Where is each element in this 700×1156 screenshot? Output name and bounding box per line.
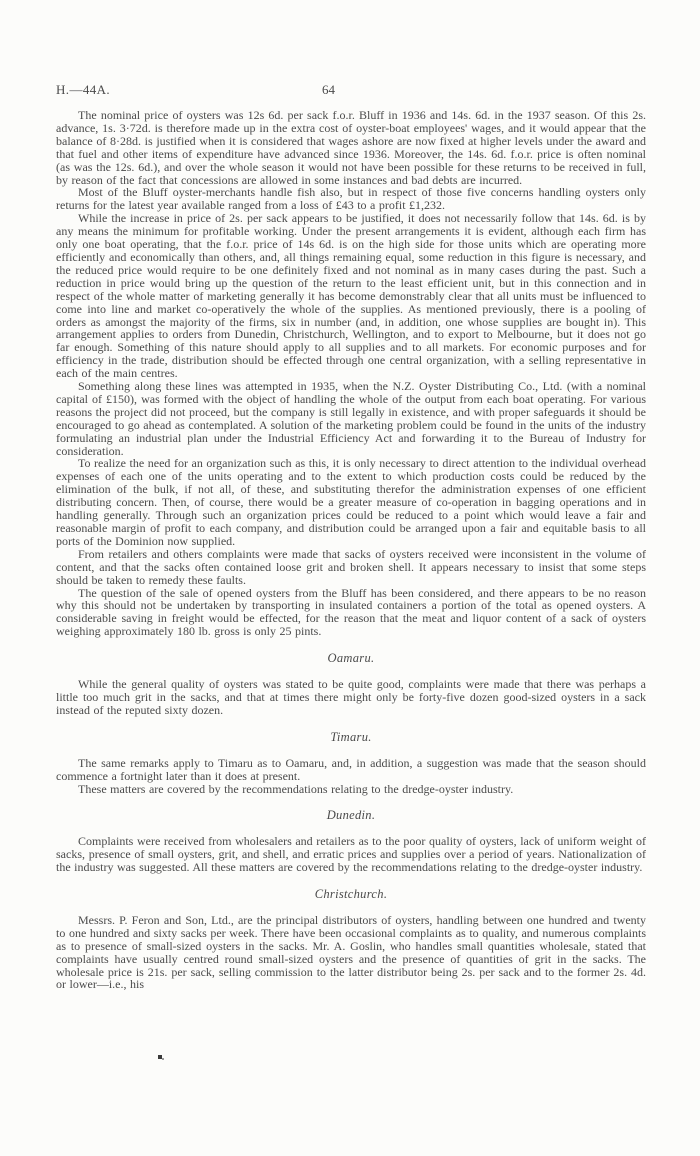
document-body: The nominal price of oysters was 12s 6d.… (56, 109, 646, 991)
body-paragraph: To realize the need for an organization … (56, 457, 646, 547)
section-heading-dunedin: Dunedin. (56, 809, 646, 822)
body-paragraph: The nominal price of oysters was 12s 6d.… (56, 109, 646, 186)
section-heading-christchurch: Christchurch. (56, 888, 646, 901)
body-paragraph: From retailers and others complaints wer… (56, 548, 646, 587)
body-paragraph: While the general quality of oysters was… (56, 678, 646, 717)
body-paragraph: While the increase in price of 2s. per s… (56, 212, 646, 380)
body-paragraph: Something along these lines was attempte… (56, 380, 646, 457)
scanned-page: H.—44A. 64 The nominal price of oysters … (56, 82, 646, 991)
page-number: 64 (322, 82, 335, 98)
page-header: H.—44A. 64 (56, 82, 646, 109)
body-paragraph: The question of the sale of opened oyste… (56, 587, 646, 639)
section-heading-timaru: Timaru. (56, 731, 646, 744)
section-heading-oamaru: Oamaru. (56, 652, 646, 665)
body-paragraph: Messrs. P. Feron and Son, Ltd., are the … (56, 914, 646, 991)
body-paragraph: Complaints were received from wholesaler… (56, 835, 646, 874)
ink-speck (158, 1055, 162, 1059)
body-paragraph: Most of the Bluff oyster-merchants handl… (56, 186, 646, 212)
body-paragraph: These matters are covered by the recomme… (56, 783, 646, 796)
body-paragraph: The same remarks apply to Timaru as to O… (56, 757, 646, 783)
report-code: H.—44A. (56, 82, 110, 98)
